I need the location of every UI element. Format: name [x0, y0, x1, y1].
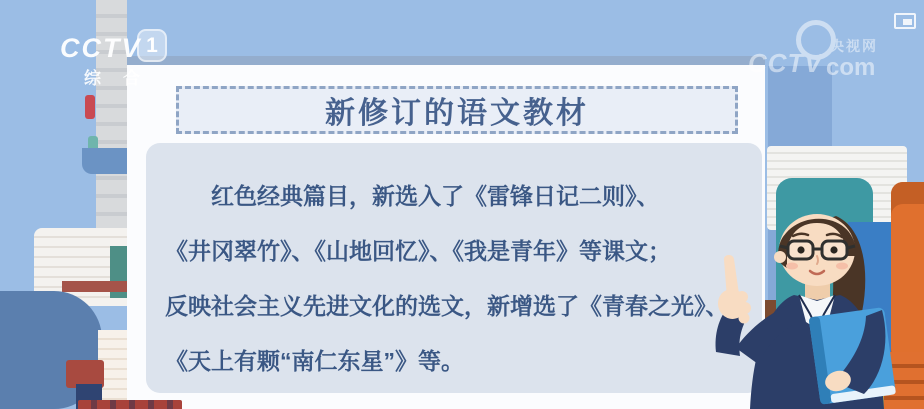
watermark-site-name: 央视网: [830, 36, 878, 56]
card-title: 新修订的语文教材: [325, 88, 589, 132]
decor-open-book-cover: [82, 148, 128, 174]
body-line: 红色经典篇目，新选入了《雷锋日记二则》、: [165, 169, 743, 224]
channel-number: 1: [146, 34, 158, 58]
picture-in-picture-icon: [894, 13, 916, 29]
card-body-panel: 红色经典篇目，新选入了《雷锋日记二则》、 《井冈翠竹》、《山地回忆》、《我是青年…: [146, 143, 762, 393]
body-line: 反映社会主义先进文化的选文，新增选了《青春之光》、: [165, 279, 743, 334]
picture-in-picture-inner: [903, 19, 912, 25]
card-title-box: 新修订的语文教材: [176, 86, 738, 134]
card-top-edge: [127, 56, 765, 65]
body-line: 《天上有颗“南仁东星”》等。: [165, 334, 743, 389]
body-line: 《井冈翠竹》、《山地回忆》、《我是青年》等课文；: [165, 224, 743, 279]
decor-red-book-bar: [62, 281, 127, 292]
cctv-logo-text: CCTV: [60, 33, 142, 64]
channel-name: 综合: [84, 64, 162, 89]
watermark-domain: com: [826, 54, 875, 82]
tv-frame: 新修订的语文教材 红色经典篇目，新选入了《雷锋日记二则》、 《井冈翠竹》、《山地…: [0, 0, 924, 409]
watermark-network: CCTV: [748, 48, 823, 79]
lower-third-banner: [78, 400, 182, 409]
channel-number-badge: 1: [137, 29, 167, 62]
watermark: CCTV 央视网 com: [712, 28, 912, 88]
channel-bug: CCTV 1 综合: [0, 0, 220, 100]
teacher-illustration: [686, 194, 924, 409]
